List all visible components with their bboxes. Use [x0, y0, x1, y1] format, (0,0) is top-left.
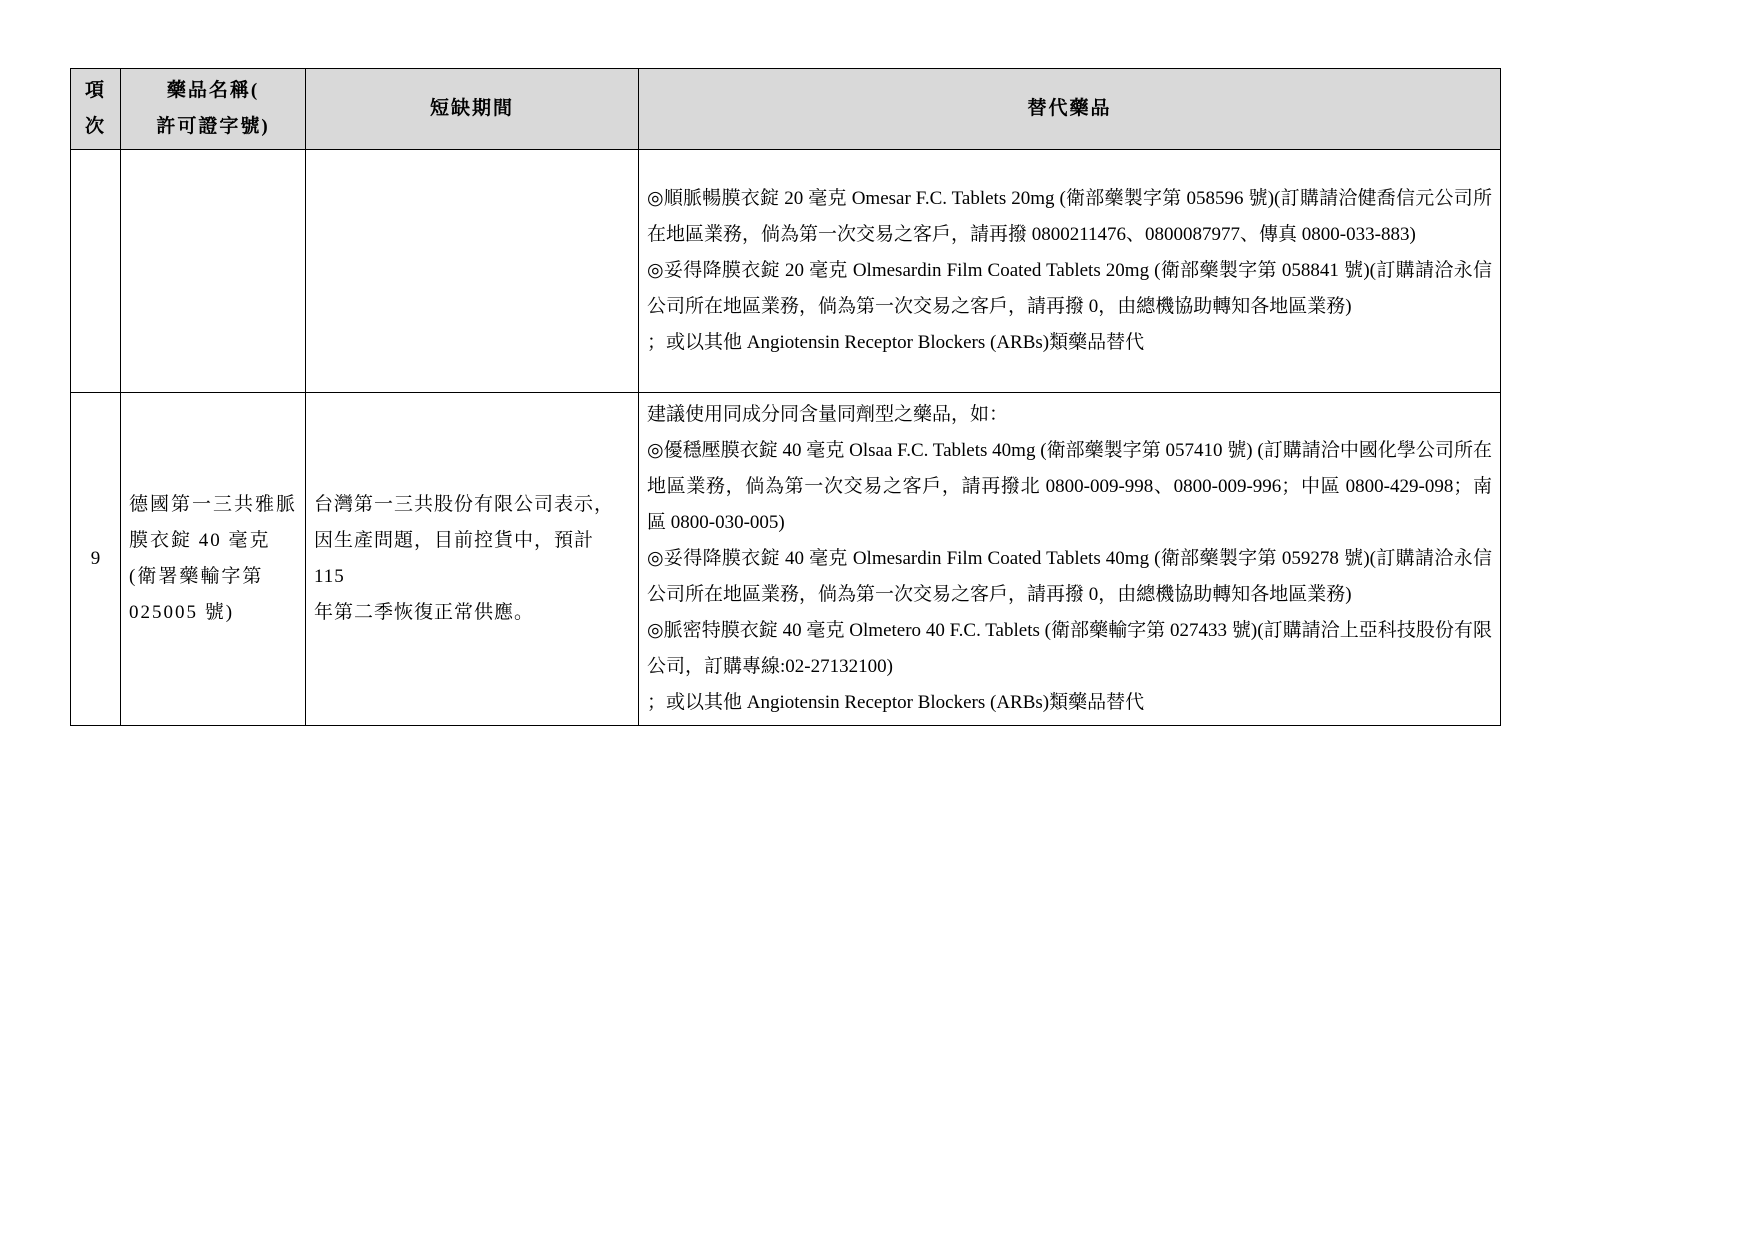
cell-drug-name: 德國第一三共雅脈 膜衣錠 40 毫克 (衛署藥輸字第 025005 號)	[121, 393, 306, 726]
alternative-drug-intro: 建議使用同成分同含量同劑型之藥品，如：	[647, 397, 1492, 433]
header-item-no: 項 次	[71, 69, 121, 150]
header-shortage-period: 短缺期間	[306, 69, 639, 150]
alternative-drug-entry: ◎優穩壓膜衣錠 40 毫克 Olsaa F.C. Tablets 40mg (衛…	[647, 433, 1492, 541]
table-row-continued: ◎順脈暢膜衣錠 20 毫克 Omesar F.C. Tablets 20mg (…	[71, 150, 1501, 393]
cell-item-no: 9	[71, 393, 121, 726]
header-row: 項 次 藥品名稱( 許可證字號) 短缺期間 替代藥品	[71, 69, 1501, 150]
cell-shortage-period	[306, 150, 639, 393]
cell-item-no	[71, 150, 121, 393]
table-row-item-9: 9 德國第一三共雅脈 膜衣錠 40 毫克 (衛署藥輸字第 025005 號) 台…	[71, 393, 1501, 726]
document-page: 項 次 藥品名稱( 許可證字號) 短缺期間 替代藥品 ◎順脈暢膜衣錠 20 毫克…	[0, 0, 1755, 1241]
alternative-drug-entry: ◎順脈暢膜衣錠 20 毫克 Omesar F.C. Tablets 20mg (…	[647, 181, 1492, 253]
alternative-drug-note: ；或以其他 Angiotensin Receptor Blockers (ARB…	[647, 685, 1492, 721]
alternative-drug-entry: ◎妥得降膜衣錠 40 毫克 Olmesardin Film Coated Tab…	[647, 541, 1492, 613]
alternative-drug-entry: ◎脈密特膜衣錠 40 毫克 Olmetero 40 F.C. Tablets (…	[647, 613, 1492, 685]
drug-shortage-table: 項 次 藥品名稱( 許可證字號) 短缺期間 替代藥品 ◎順脈暢膜衣錠 20 毫克…	[70, 68, 1501, 726]
cell-alternative-drugs: 建議使用同成分同含量同劑型之藥品，如： ◎優穩壓膜衣錠 40 毫克 Olsaa …	[639, 393, 1501, 726]
alternative-drug-entry: ◎妥得降膜衣錠 20 毫克 Olmesardin Film Coated Tab…	[647, 253, 1492, 325]
cell-shortage-period: 台灣第一三共股份有限公司表示， 因生產問題，目前控貨中，預計 115 年第二季恢…	[306, 393, 639, 726]
cell-alternative-drugs: ◎順脈暢膜衣錠 20 毫克 Omesar F.C. Tablets 20mg (…	[639, 150, 1501, 393]
cell-drug-name	[121, 150, 306, 393]
header-drug-name: 藥品名稱( 許可證字號)	[121, 69, 306, 150]
alternative-drug-note: ；或以其他 Angiotensin Receptor Blockers (ARB…	[647, 325, 1492, 361]
header-alternative-drugs: 替代藥品	[639, 69, 1501, 150]
